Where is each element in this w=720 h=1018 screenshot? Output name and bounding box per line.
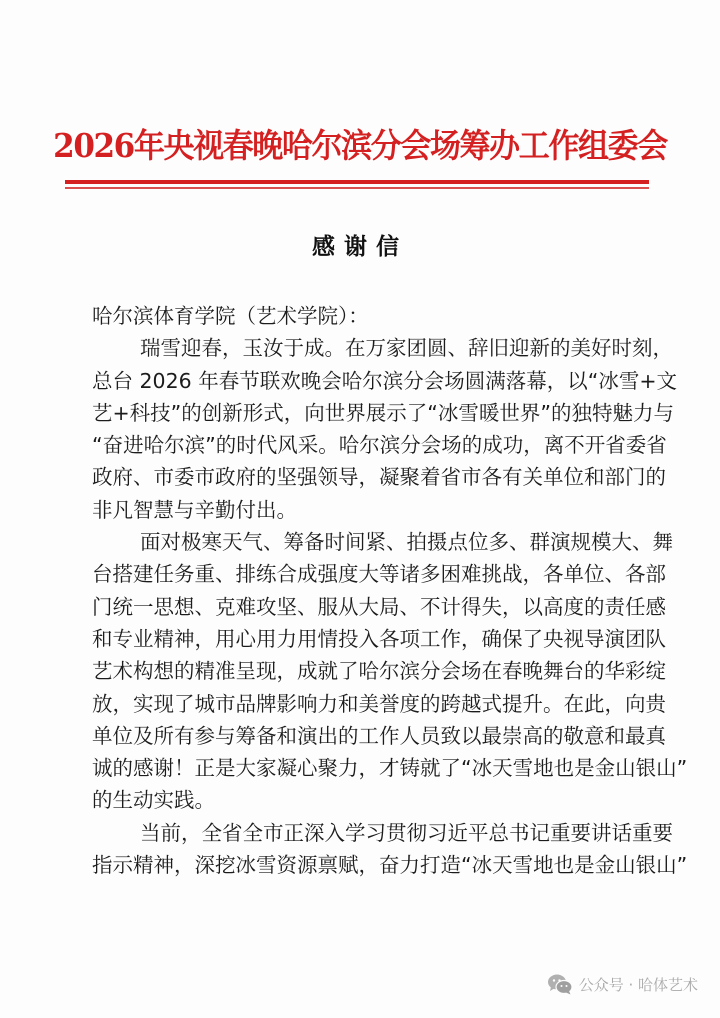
body-line: 单位及所有参与筹备和演出的工作人员致以最崇高的敬意和最真 (92, 720, 657, 752)
body-line: 诚的感谢！正是大家凝心聚力，才铸就了“冰天雪地也是金山银山” (92, 752, 657, 784)
wechat-icon (547, 973, 573, 995)
document-heading: 感谢信 (0, 228, 720, 261)
body-line: 放，实现了城市品牌影响力和美誉度的跨越式提升。在此，向贵 (92, 688, 657, 720)
body-line: 门统一思想、克难攻坚、服从大局、不计得失，以高度的责任感 (92, 591, 657, 623)
body-line: 总台 2026 年春节联欢晚会哈尔滨分会场圆满落幕，以“冰雪+文 (92, 365, 657, 397)
watermark-text: 公众号 · 哈体艺术 (579, 974, 698, 995)
body-line: 的生动实践。 (92, 784, 657, 816)
body-line: 台搭建任务重、排练合成强度大等诸多困难挑战，各单位、各部 (92, 558, 657, 590)
letterhead-rule-thin (65, 187, 649, 189)
body-line: 当前，全省全市正深入学习贯彻习近平总书记重要讲话重要 (92, 817, 657, 849)
salutation: 哈尔滨体育学院（艺术学院）： (92, 300, 657, 332)
body-line: 和专业精神，用心用力用情投入各项工作，确保了央视导演团队 (92, 623, 657, 655)
body-line: 瑞雪迎春，玉汝于成。在万家团圆、辞旧迎新的美好时刻， (92, 332, 657, 364)
body-line: 政府、市委市政府的坚强领导，凝聚着省市各有关单位和部门的 (92, 461, 657, 493)
wechat-watermark: 公众号 · 哈体艺术 (547, 973, 698, 995)
body-line: 指示精神，深挖冰雪资源禀赋，奋力打造“冰天雪地也是金山银山” (92, 849, 657, 881)
body-line: 面对极寒天气、筹备时间紧、拍摄点位多、群演规模大、舞 (92, 526, 657, 558)
body-line: 艺术构想的精准呈现，成就了哈尔滨分会场在春晚舞台的华彩绽 (92, 655, 657, 687)
letter-body: 哈尔滨体育学院（艺术学院）： 瑞雪迎春，玉汝于成。在万家团圆、辞旧迎新的美好时刻… (92, 300, 657, 881)
letterhead-title: 2026年央视春晚哈尔滨分会场筹办工作组委会 (22, 122, 699, 170)
letterhead-rule-thick (65, 180, 649, 184)
body-line: “奋进哈尔滨”的时代风采。哈尔滨分会场的成功，离不开省委省 (92, 429, 657, 461)
body-line: 艺+科技”的创新形式，向世界展示了“冰雪暖世界”的独特魅力与 (92, 397, 657, 429)
body-line: 非凡智慧与辛勤付出。 (92, 494, 657, 526)
